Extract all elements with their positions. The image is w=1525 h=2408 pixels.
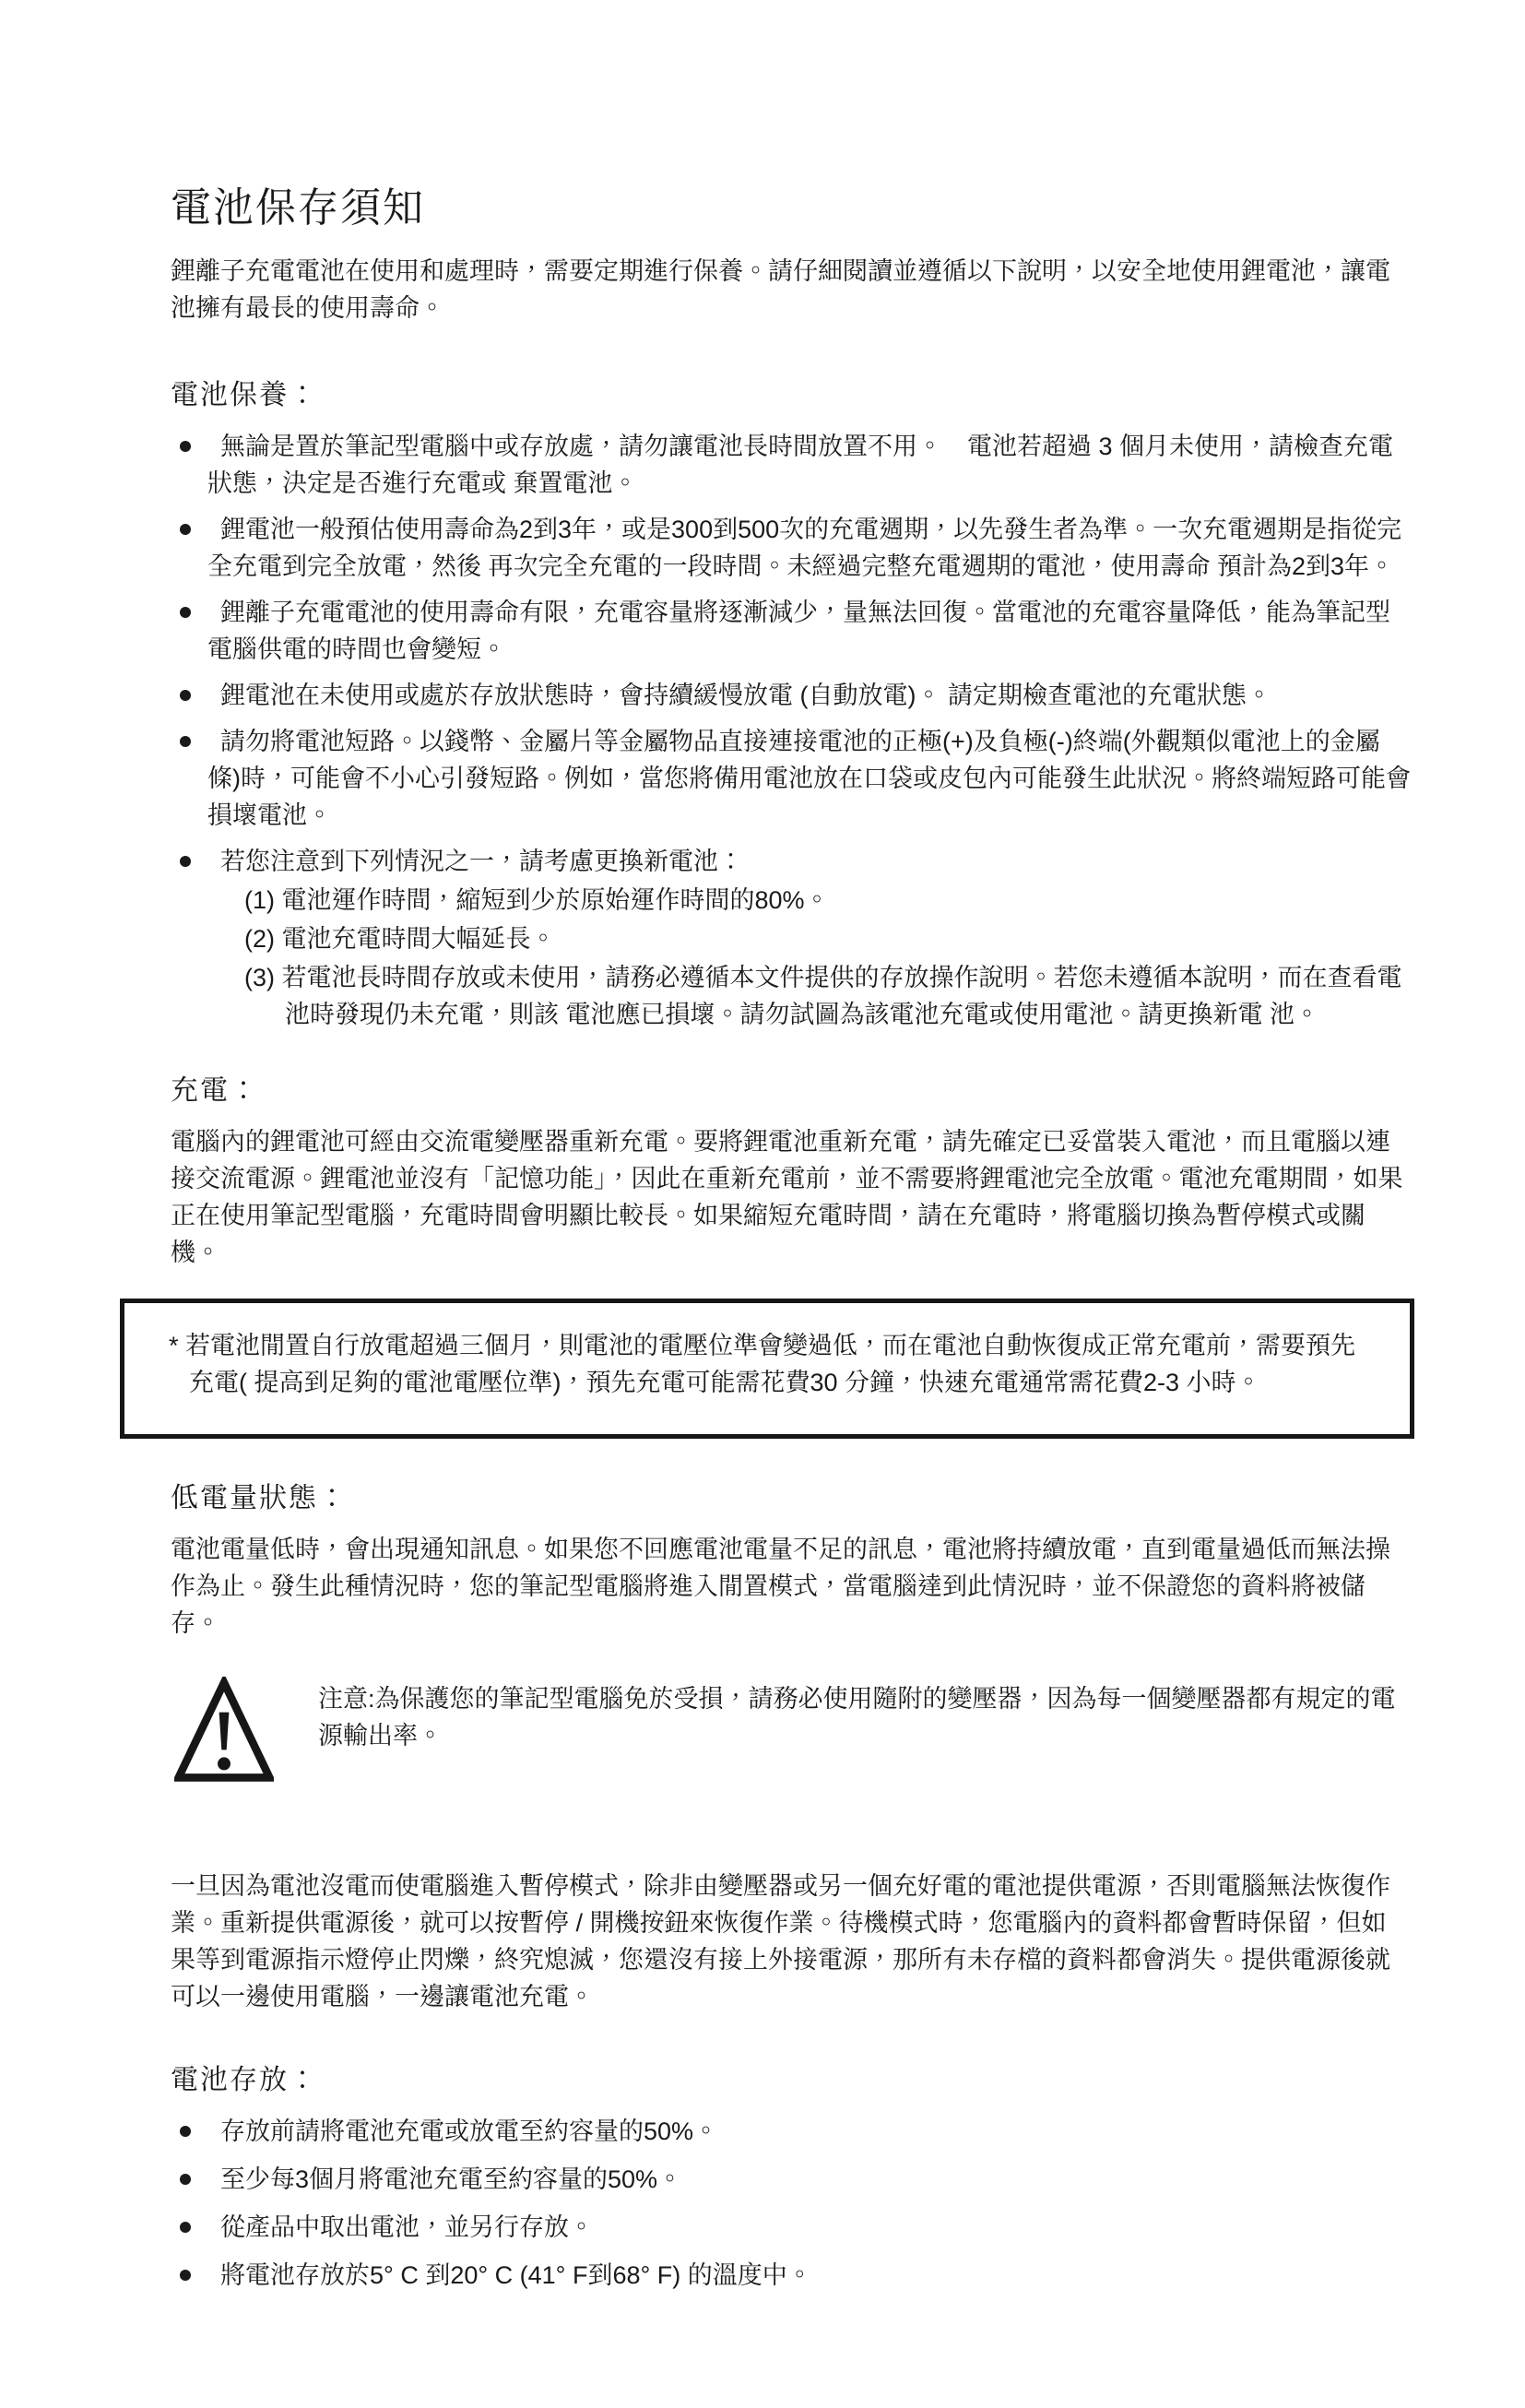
- bullet-dot-icon: [180, 736, 191, 747]
- warning-triangle-icon: [174, 1677, 274, 1796]
- list-item-text: 若您注意到下列情況之一，請考慮更換新電池：: [220, 848, 743, 875]
- suspend-mode-paragraph: 一旦因為電池沒電而使電腦進入暫停模式，除非由變壓器或另一個充好電的電池提供電源，…: [171, 1868, 1411, 2015]
- section-heading-charging: 充電：: [171, 1074, 1411, 1109]
- list-item-text: 鋰電池一般預估使用壽命為2到3年，或是300到500次的充電週期，以先發生者為準…: [207, 516, 1401, 580]
- adapter-warning: 注意:為保護您的筆記型電腦免於受損，請務必使用隨附的變壓器，因為每一個變壓器都有…: [171, 1675, 1411, 1796]
- storage-list: 存放前請將電池充電或放電至約容量的50%。 至少每3個月將電池充電至約容量的50…: [171, 2113, 1411, 2294]
- precharge-note-text: * 若電池閒置自行放電超過三個月，則電池的電壓位準會變過低，而在電池自動恢復成正…: [169, 1327, 1373, 1401]
- list-item-text: 無論是置於筆記型電腦中或存放處，請勿讓電池長時間放置不用。 電池若超過 3 個月…: [207, 433, 1393, 497]
- bullet-dot-icon: [180, 2174, 191, 2185]
- document-page: 電池保存須知 鋰離子充電電池在使用和處理時，需要定期進行保養。請仔細閱讀並遵循以…: [0, 0, 1525, 2408]
- low-battery-paragraph: 電池電量低時，會出現通知訊息。如果您不回應電池電量不足的訊息，電池將持續放電，直…: [171, 1531, 1411, 1642]
- bullet-dot-icon: [180, 524, 191, 535]
- list-item-text: 請勿將電池短路。以錢幣、金屬片等金屬物品直接連接電池的正極(+)及負極(-)終端…: [207, 728, 1411, 829]
- bullet-dot-icon: [180, 690, 191, 701]
- list-item: 鋰離子充電電池的使用壽命有限，充電容量將逐漸減少，量無法回復。當電池的充電容量降…: [171, 594, 1411, 668]
- list-item: 鋰電池一般預估使用壽命為2到3年，或是300到500次的充電週期，以先發生者為準…: [171, 511, 1411, 585]
- list-item-text: 鋰離子充電電池的使用壽命有限，充電容量將逐漸減少，量無法回復。當電池的充電容量降…: [207, 599, 1390, 663]
- intro-paragraph: 鋰離子充電電池在使用和處理時，需要定期進行保養。請仔細閱讀並遵循以下說明，以安全…: [171, 253, 1411, 326]
- list-item-text: 從產品中取出電池，並另行存放。: [220, 2213, 594, 2241]
- list-item: 若您注意到下列情況之一，請考慮更換新電池： (1) 電池運作時間，縮短到少於原始…: [171, 843, 1411, 1033]
- section-heading-low-battery: 低電量狀態：: [171, 1481, 1411, 1516]
- list-item: 無論是置於筆記型電腦中或存放處，請勿讓電池長時間放置不用。 電池若超過 3 個月…: [171, 428, 1411, 502]
- bullet-dot-icon: [180, 856, 191, 867]
- list-item: 鋰電池在未使用或處於存放狀態時，會持續緩慢放電 (自動放電)。 請定期檢查電池的…: [171, 677, 1411, 714]
- sub-list-item: (2) 電池充電時間大幅延長。: [207, 920, 1411, 957]
- bullet-dot-icon: [180, 2222, 191, 2233]
- list-item-text: 鋰電池在未使用或處於存放狀態時，會持續緩慢放電 (自動放電)。 請定期檢查電池的…: [220, 682, 1271, 709]
- bullet-dot-icon: [180, 2270, 191, 2281]
- bullet-dot-icon: [180, 2126, 191, 2137]
- section-heading-maintenance: 電池保養：: [171, 378, 1411, 413]
- list-item-text: 將電池存放於5° C 到20° C (41° F到68° F) 的溫度中。: [220, 2261, 812, 2289]
- list-item: 存放前請將電池充電或放電至約容量的50%。: [171, 2113, 1411, 2150]
- sub-list-item: (3) 若電池長時間存放或未使用，請務必遵循本文件提供的存放操作說明。若您未遵循…: [207, 959, 1411, 1033]
- list-item: 從產品中取出電池，並另行存放。: [171, 2209, 1411, 2246]
- charging-paragraph: 電腦內的鋰電池可經由交流電變壓器重新充電。要將鋰電池重新充電，請先確定已妥當裝入…: [171, 1123, 1411, 1271]
- page-title: 電池保存須知: [171, 184, 1411, 232]
- list-item: 將電池存放於5° C 到20° C (41° F到68° F) 的溫度中。: [171, 2257, 1411, 2294]
- bullet-dot-icon: [180, 607, 191, 618]
- bullet-dot-icon: [180, 441, 191, 452]
- maintenance-list: 無論是置於筆記型電腦中或存放處，請勿讓電池長時間放置不用。 電池若超過 3 個月…: [171, 428, 1411, 1033]
- section-heading-storage: 電池存放：: [171, 2063, 1411, 2098]
- list-item-text: 存放前請將電池充電或放電至約容量的50%。: [220, 2117, 718, 2145]
- precharge-note-box: * 若電池閒置自行放電超過三個月，則電池的電壓位準會變過低，而在電池自動恢復成正…: [120, 1299, 1414, 1439]
- list-item: 請勿將電池短路。以錢幣、金屬片等金屬物品直接連接電池的正極(+)及負極(-)終端…: [171, 723, 1411, 834]
- sub-list-item: (1) 電池運作時間，縮短到少於原始運作時間的80%。: [207, 882, 1411, 919]
- replace-battery-sublist: (1) 電池運作時間，縮短到少於原始運作時間的80%。 (2) 電池充電時間大幅…: [207, 882, 1411, 1033]
- warning-text: 注意:為保護您的筆記型電腦免於受損，請務必使用隨附的變壓器，因為每一個變壓器都有…: [318, 1675, 1411, 1754]
- list-item: 至少每3個月將電池充電至約容量的50%。: [171, 2161, 1411, 2198]
- list-item-text: 至少每3個月將電池充電至約容量的50%。: [220, 2165, 682, 2193]
